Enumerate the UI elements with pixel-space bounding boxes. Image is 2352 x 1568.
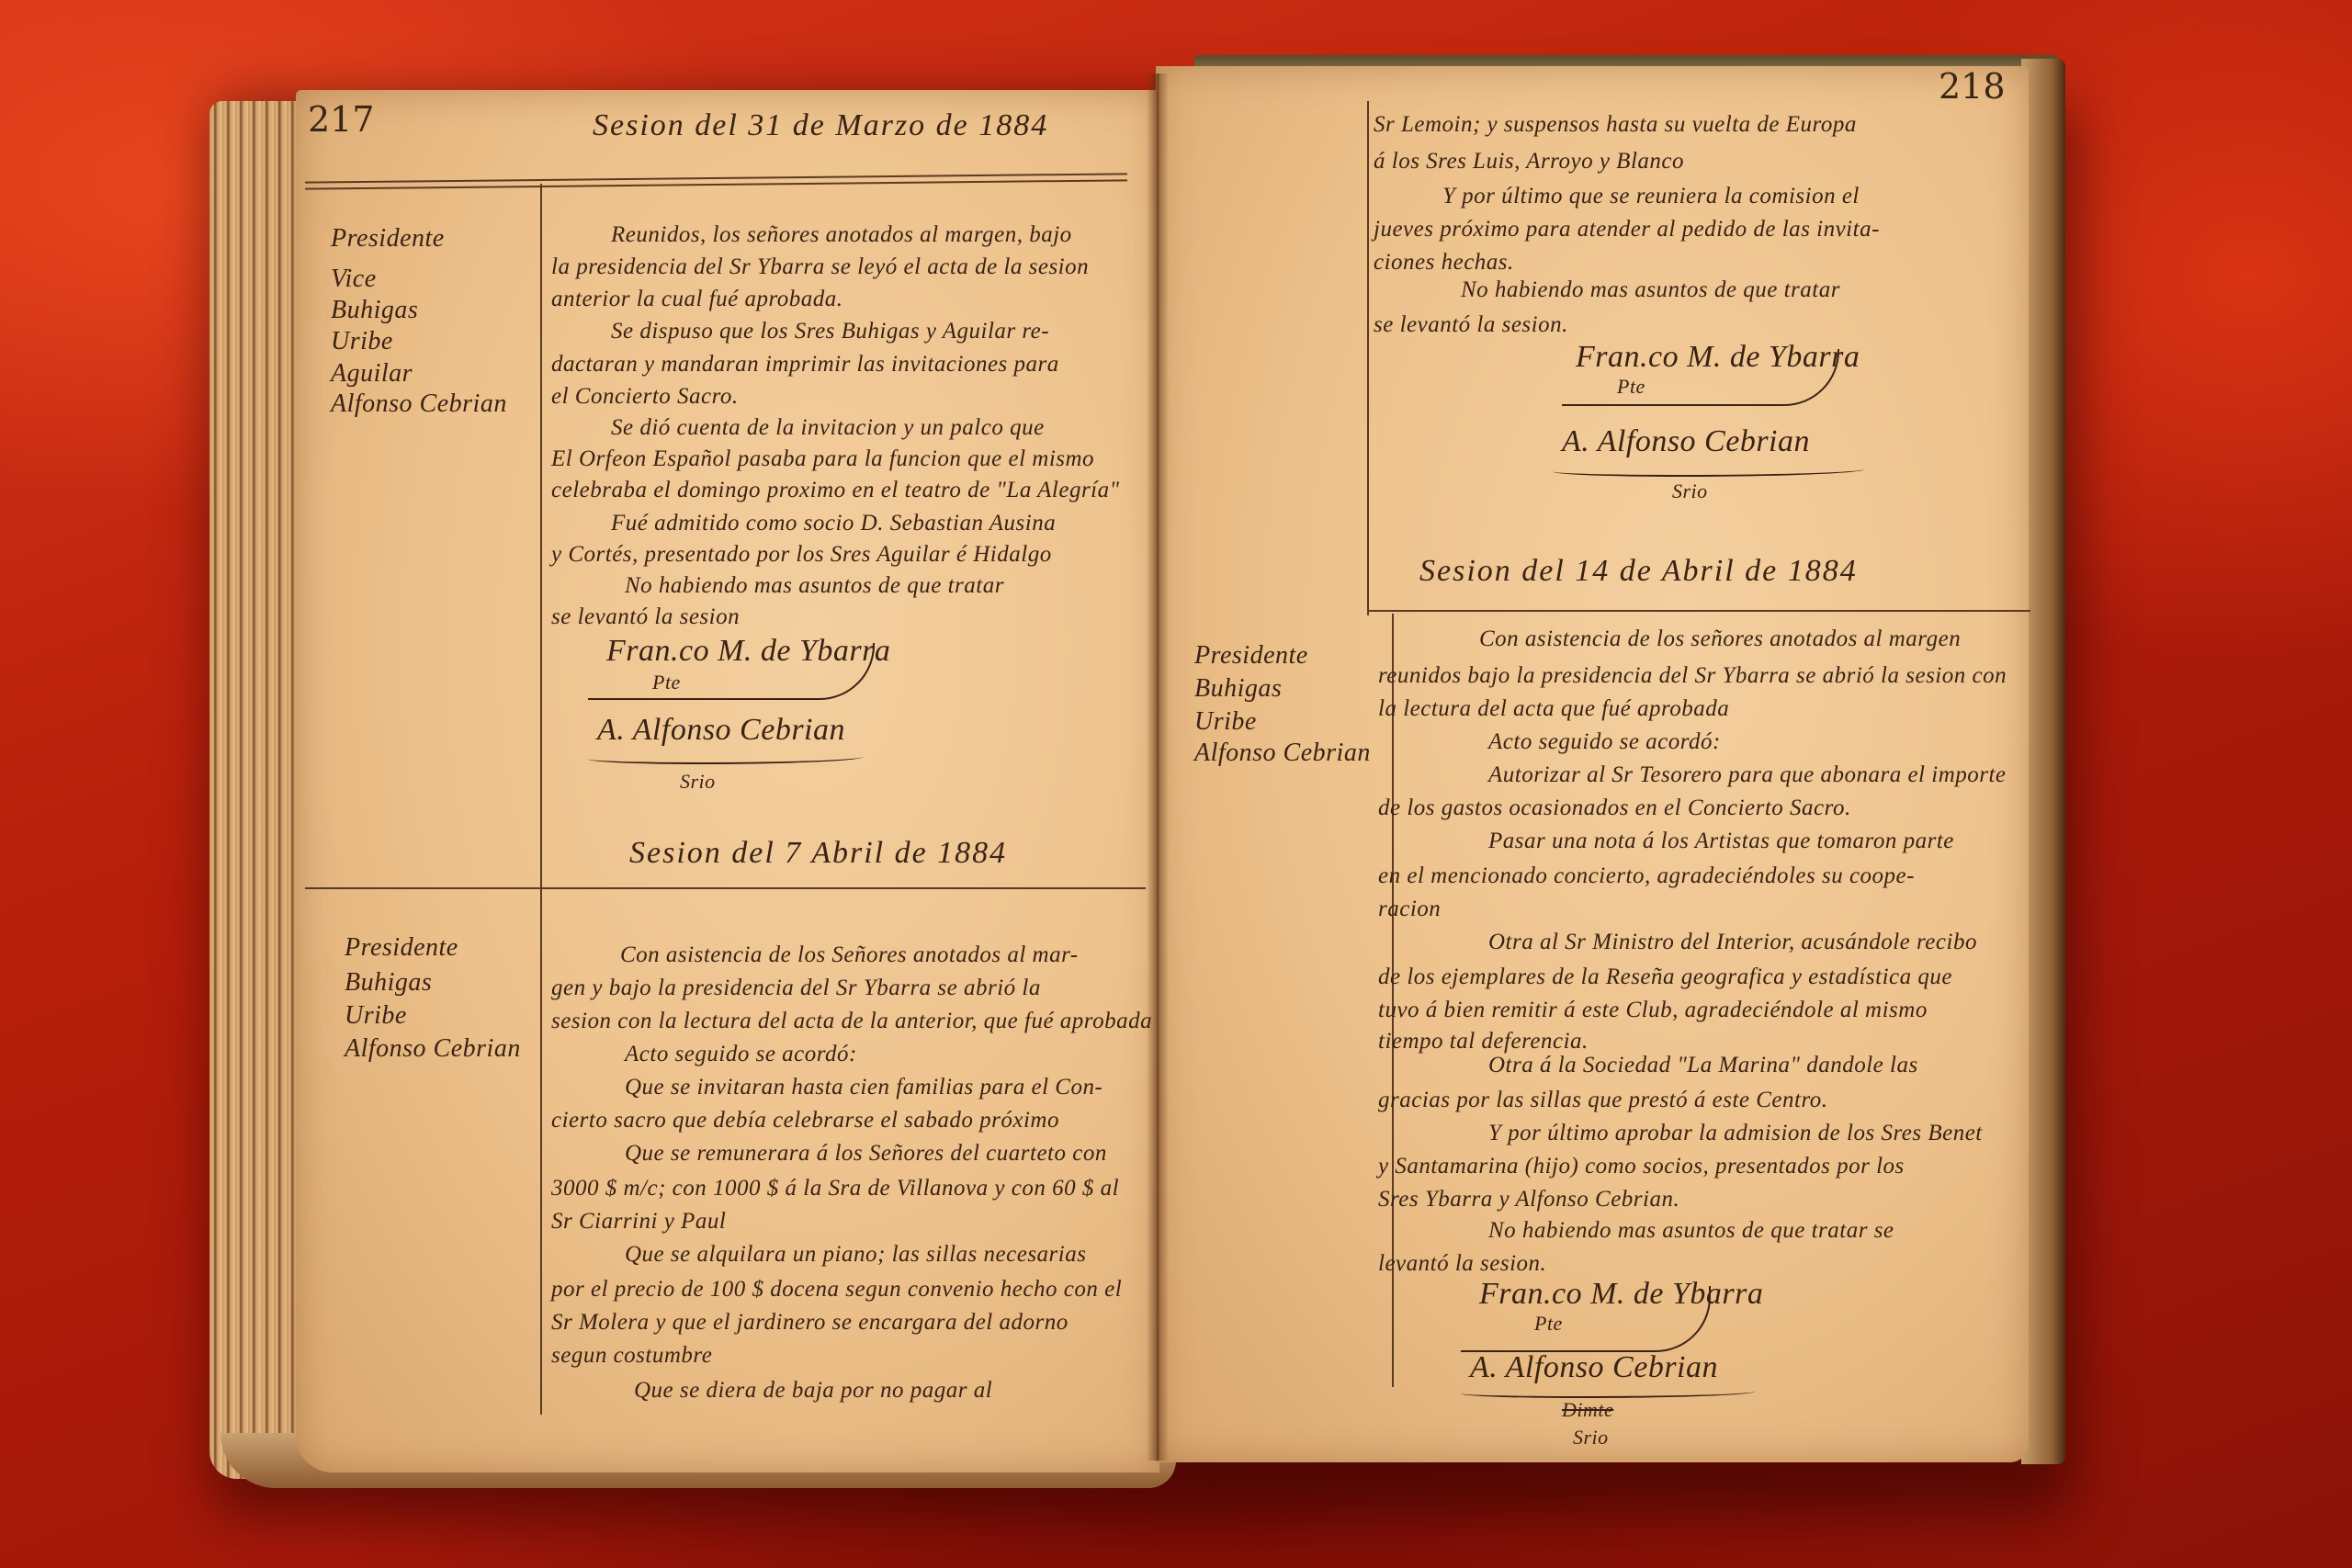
session-heading-14-abril: Sesion del 14 de Abril de 1884 (1419, 554, 1858, 589)
minutes-line: El Orfeon Español pasaba para la funcion… (551, 446, 1094, 472)
minutes-line: Autorizar al Sr Tesorero para que abonar… (1488, 762, 2007, 788)
page-number-right: 218 (1939, 66, 2006, 107)
minutes-line: Otra al Sr Ministro del Interior, acusán… (1488, 930, 1977, 955)
margin-column-rule (540, 184, 542, 1415)
minutes-line: celebraba el domingo proximo en el teatr… (551, 478, 1120, 503)
page-stack-edge (209, 101, 301, 1479)
minutes-line: No habiendo mas asuntos de que tratar (625, 573, 1004, 599)
minutes-line: racion (1378, 897, 1441, 922)
minutes-line: gracias por las sillas que prestó á este… (1378, 1088, 1828, 1113)
minutes-line: Se dió cuenta de la invitacion y un palc… (611, 415, 1045, 441)
minutes-line: anterior la cual fué aprobada. (551, 287, 843, 312)
signature-role-srio: Srio (1672, 479, 1708, 503)
minutes-line: cierto sacro que debía celebrarse el sab… (551, 1108, 1059, 1134)
page-number-left: 217 (308, 99, 375, 140)
minutes-line: 3000 $ m/c; con 1000 $ á la Sra de Villa… (551, 1176, 1119, 1201)
signature-secretary: A. Alfonso Cebrian (1562, 424, 1810, 459)
signature-role-srio: Srio (1573, 1426, 1609, 1450)
minutes-line: reunidos bajo la presidencia del Sr Ybar… (1378, 663, 2007, 689)
minutes-line: el Concierto Sacro. (551, 384, 739, 410)
minutes-line: Sr Ciarrini y Paul (551, 1209, 726, 1235)
minutes-line: de los ejemplares de la Reseña geografic… (1378, 964, 1952, 990)
minutes-line: y Santamarina (hijo) como socios, presen… (1378, 1154, 1905, 1179)
minutes-line: Sr Lemoin; y suspensos hasta su vuelta d… (1374, 112, 1857, 138)
minutes-line: Con asistencia de los señores anotados a… (1479, 626, 1961, 652)
book-gutter (1147, 73, 1169, 1461)
minutes-line: Que se alquilara un piano; las sillas ne… (625, 1242, 1086, 1268)
signature-secretary: A. Alfonso Cebrian (597, 713, 845, 748)
minutes-line: y Cortés, presentado por los Sres Aguila… (551, 542, 1052, 568)
minutes-line: Que se remunerara á los Señores del cuar… (625, 1141, 1107, 1167)
minutes-line: No habiendo mas asuntos de que tratar (1461, 277, 1840, 303)
minutes-line: Reunidos, los señores anotados al margen… (611, 222, 1072, 248)
attendee-alfonso-cebrian: Alfonso Cebrian (345, 1029, 521, 1069)
minutes-line: segun costumbre (551, 1343, 712, 1369)
minutes-line: Y por último que se reuniera la comision… (1442, 184, 1860, 209)
session-heading-31-marzo: Sesion del 31 de Marzo de 1884 (593, 108, 1048, 143)
minutes-line: se levantó la sesion. (1374, 312, 1568, 338)
section-rule (1369, 610, 2030, 612)
signature-flourish (1562, 349, 1839, 406)
minutes-line: Que se diera de baja por no pagar al (634, 1378, 992, 1404)
minutes-line: tuvo á bien remitir á este Club, agradec… (1378, 998, 1928, 1023)
minutes-line: de los gastos ocasionados en el Conciert… (1378, 795, 1851, 821)
signature-flourish (588, 643, 875, 700)
margin-column-rule (1367, 101, 1369, 615)
signature-flourish (1461, 1286, 1711, 1352)
minutes-line: á los Sres Luis, Arroyo y Blanco (1374, 149, 1684, 175)
struck-role-text: Dimte (1562, 1398, 1613, 1422)
minutes-line: sesion con la lectura del acta de la ant… (551, 1009, 1152, 1034)
attendee-alfonso-cebrian: Alfonso Cebrian (1194, 733, 1371, 773)
minutes-line: Sr Molera y que el jardinero se encargar… (551, 1310, 1069, 1336)
minutes-line: dactaran y mandaran imprimir las invitac… (551, 352, 1059, 378)
minutes-line: Se dispuso que los Sres Buhigas y Aguila… (611, 319, 1049, 344)
minutes-line: ciones hechas. (1374, 250, 1514, 276)
minutes-line: Sres Ybarra y Alfonso Cebrian. (1378, 1187, 1679, 1213)
minutes-line: Acto seguido se acordó: (1488, 729, 1721, 755)
minutes-line: Con asistencia de los Señores anotados a… (620, 942, 1079, 968)
minutes-line: Y por último aprobar la admision de los … (1488, 1121, 1983, 1146)
minutes-line: en el mencionado concierto, agradeciéndo… (1378, 863, 1915, 889)
minutes-line: la presidencia del Sr Ybarra se leyó el … (551, 254, 1089, 280)
minutes-line: levantó la sesion. (1378, 1251, 1546, 1277)
minutes-line: por el precio de 100 $ docena segun conv… (551, 1277, 1122, 1303)
minutes-line: Pasar una nota á los Artistas que tomaro… (1488, 829, 1954, 854)
attendee-presidente: Presidente (331, 219, 445, 259)
attendee-alfonso-cebrian: Alfonso Cebrian (331, 384, 507, 424)
session-heading-7-abril: Sesion del 7 Abril de 1884 (629, 836, 1007, 871)
minutes-line: Fué admitido como socio D. Sebastian Aus… (611, 511, 1056, 536)
signature-role-srio: Srio (680, 770, 716, 794)
minutes-line: No habiendo mas asuntos de que tratar se (1488, 1218, 1894, 1244)
minutes-line: Que se invitaran hasta cien familias par… (625, 1075, 1102, 1100)
minutes-line: se levantó la sesion (551, 604, 740, 630)
section-rule (305, 887, 1146, 889)
minutes-line: gen y bajo la presidencia del Sr Ybarra … (551, 976, 1041, 1001)
minutes-line: Acto seguido se acordó: (625, 1042, 857, 1067)
minutes-line: tiempo tal deferencia. (1378, 1029, 1589, 1055)
minutes-line: la lectura del acta que fué aprobada (1378, 696, 1729, 722)
signature-secretary: A. Alfonso Cebrian (1470, 1350, 1718, 1385)
minutes-line: jueves próximo para atender al pedido de… (1374, 217, 1880, 243)
minutes-line: Otra á la Sociedad "La Marina" dandole l… (1488, 1053, 1918, 1078)
